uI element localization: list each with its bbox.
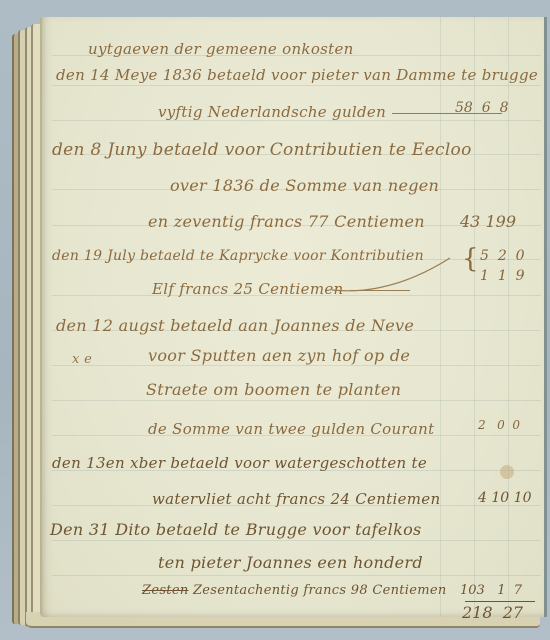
struck-word: Zesten xyxy=(142,583,189,598)
total-amount: 218 27 xyxy=(462,603,523,622)
ledger-heading: uytgaeven der gemeene onkosten xyxy=(88,40,354,58)
ledger-entry-line: voor Sputten aen zyn hof op de xyxy=(148,346,410,365)
ledger-entry-line: Straete om boomen te planten xyxy=(146,380,401,399)
ledger-entry-line: den 13en xber betaeld voor watergeschott… xyxy=(52,454,427,472)
amount-cell: 58 6 8 xyxy=(455,100,508,116)
ruled-line xyxy=(52,575,541,576)
amount-cell: 2 0 0 xyxy=(478,418,520,432)
ruled-line xyxy=(52,400,541,401)
ruled-line xyxy=(52,365,541,366)
ledger-entry-line: over 1836 de Somme van negen xyxy=(170,176,439,195)
ledger-entry-line: vyftig Nederlandsche gulden xyxy=(158,103,502,121)
page-binding-edge xyxy=(544,17,547,617)
bracket-flourish xyxy=(330,256,460,296)
amount-cell: 103 1 7 xyxy=(460,583,522,598)
ledger-entry-line: en zeventig francs 77 Centiemen xyxy=(148,212,425,231)
ledger-entry-line: ten pieter Joannes een honderd xyxy=(158,553,423,572)
amount-cell: 4 10 10 xyxy=(478,490,531,506)
margin-marks: x e xyxy=(72,352,92,367)
ledger-entry-line: Zesten Zesentachentig francs 98 Centieme… xyxy=(142,583,447,598)
ledger-entry-line: de Somme van twee gulden Courant xyxy=(148,420,434,438)
total-underline xyxy=(465,601,535,602)
brace-mark: { xyxy=(462,244,479,274)
paper-stain xyxy=(500,465,514,479)
ledger-entry-line: den 14 Meye 1836 betaeld voor pieter van… xyxy=(56,66,538,84)
ledger-entry-line: den 12 augst betaeld aan Joannes de Neve xyxy=(56,316,414,335)
ruled-line xyxy=(52,85,541,86)
amount-cell: 1 1 9 xyxy=(480,268,525,284)
ledger-entry-line: den 8 Juny betaeld voor Contributien te … xyxy=(52,140,472,160)
ledger-entry-line: Den 31 Dito betaeld te Brugge voor tafel… xyxy=(50,520,422,539)
amount-cell: 43 199 xyxy=(460,212,516,231)
amount-cell: 5 2 0 xyxy=(480,248,525,264)
ruled-line xyxy=(52,540,541,541)
ledger-entry-line: watervliet acht francs 24 Centiemen xyxy=(152,490,440,508)
